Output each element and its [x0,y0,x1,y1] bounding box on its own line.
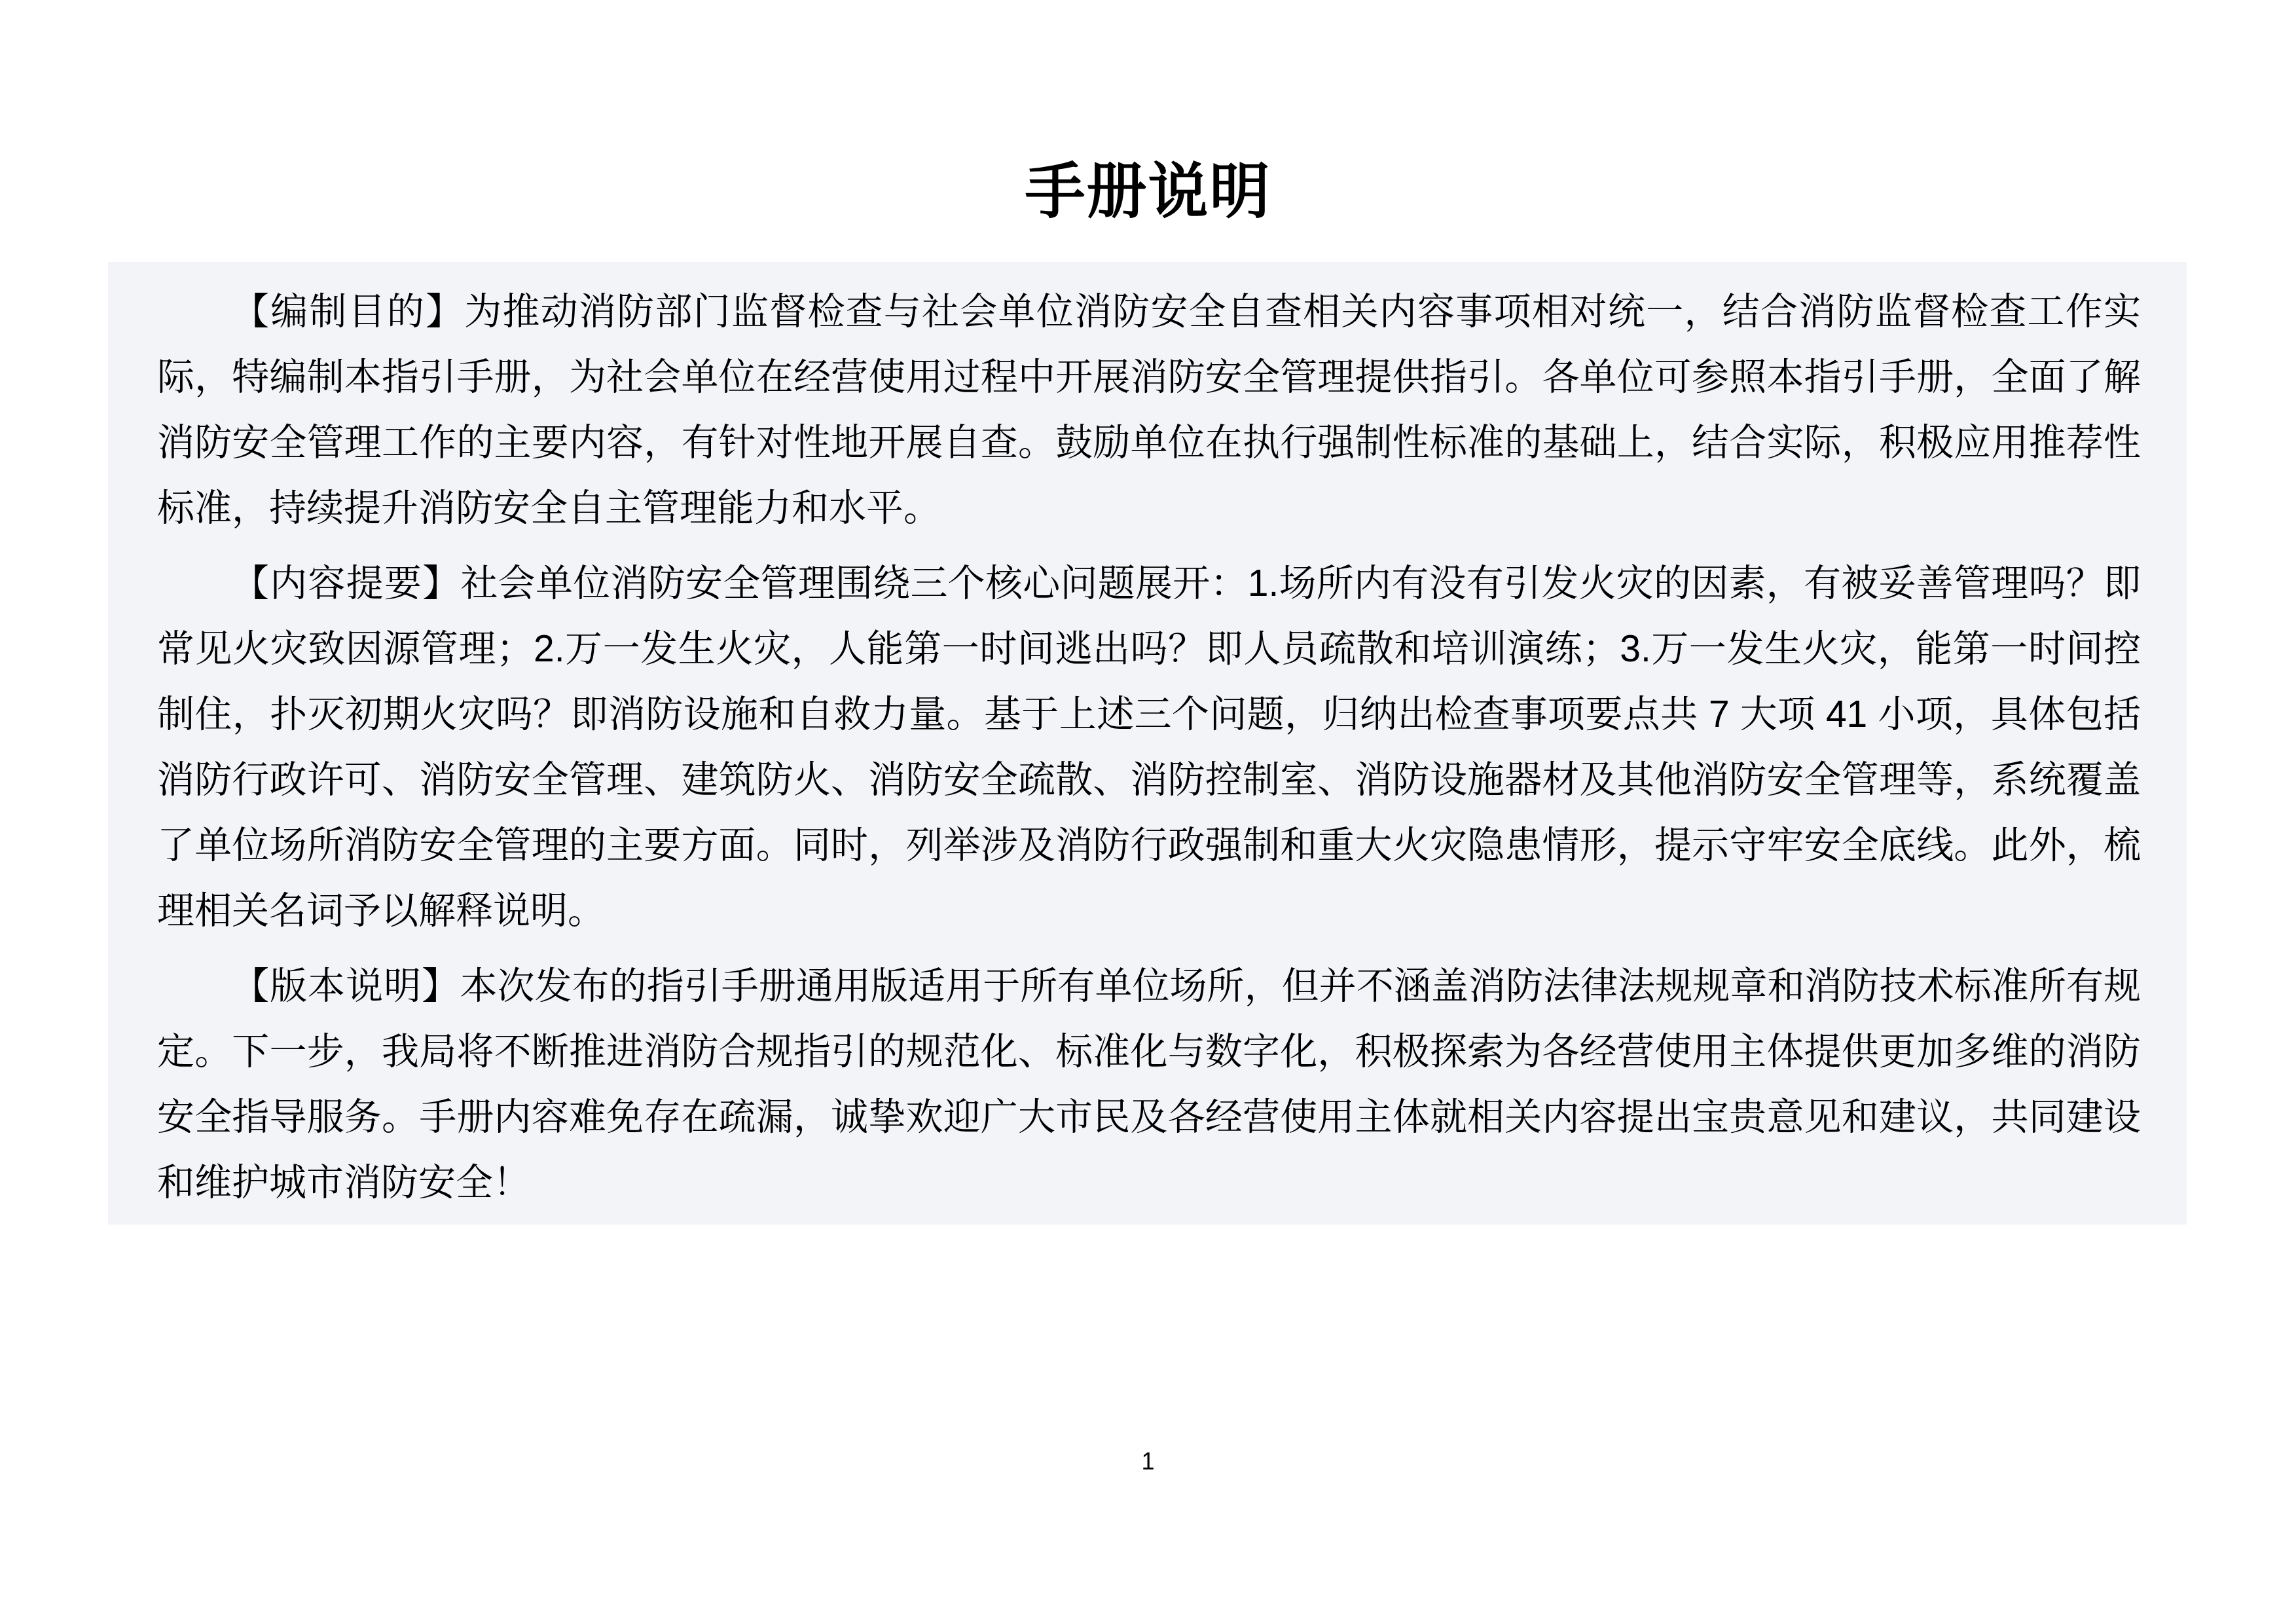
page-number: 1 [0,1449,2296,1475]
paragraph-content-summary: 【内容提要】社会单位消防安全管理围绕三个核心问题展开：1.场所内有没有引发火灾的… [157,551,2141,944]
manual-notes-panel: 【编制目的】为推动消防部门监督检查与社会单位消防安全自查相关内容事项相对统一，结… [108,262,2187,1225]
page-title: 手册说明 [0,156,2296,228]
paragraph-label-version-note: 【版本说明】 [232,965,460,1007]
paragraph-text-content-summary: 社会单位消防安全管理围绕三个核心问题展开：1.场所内有没有引发火灾的因素，有被妥… [157,563,2141,932]
paragraph-compilation-purpose: 【编制目的】为推动消防部门监督检查与社会单位消防安全自查相关内容事项相对统一，结… [157,279,2141,541]
manual-description-page: 手册说明 【编制目的】为推动消防部门监督检查与社会单位消防安全自查相关内容事项相… [0,0,2296,1624]
document-page: { "page": { "title": "手册说明", "page_numbe… [0,0,2296,1624]
paragraph-version-note: 【版本说明】本次发布的指引手册通用版适用于所有单位场所，但并不涵盖消防法律法规规… [157,953,2141,1215]
paragraph-label-content-summary: 【内容提要】 [232,563,461,604]
paragraph-label-compilation-purpose: 【编制目的】 [232,291,464,333]
